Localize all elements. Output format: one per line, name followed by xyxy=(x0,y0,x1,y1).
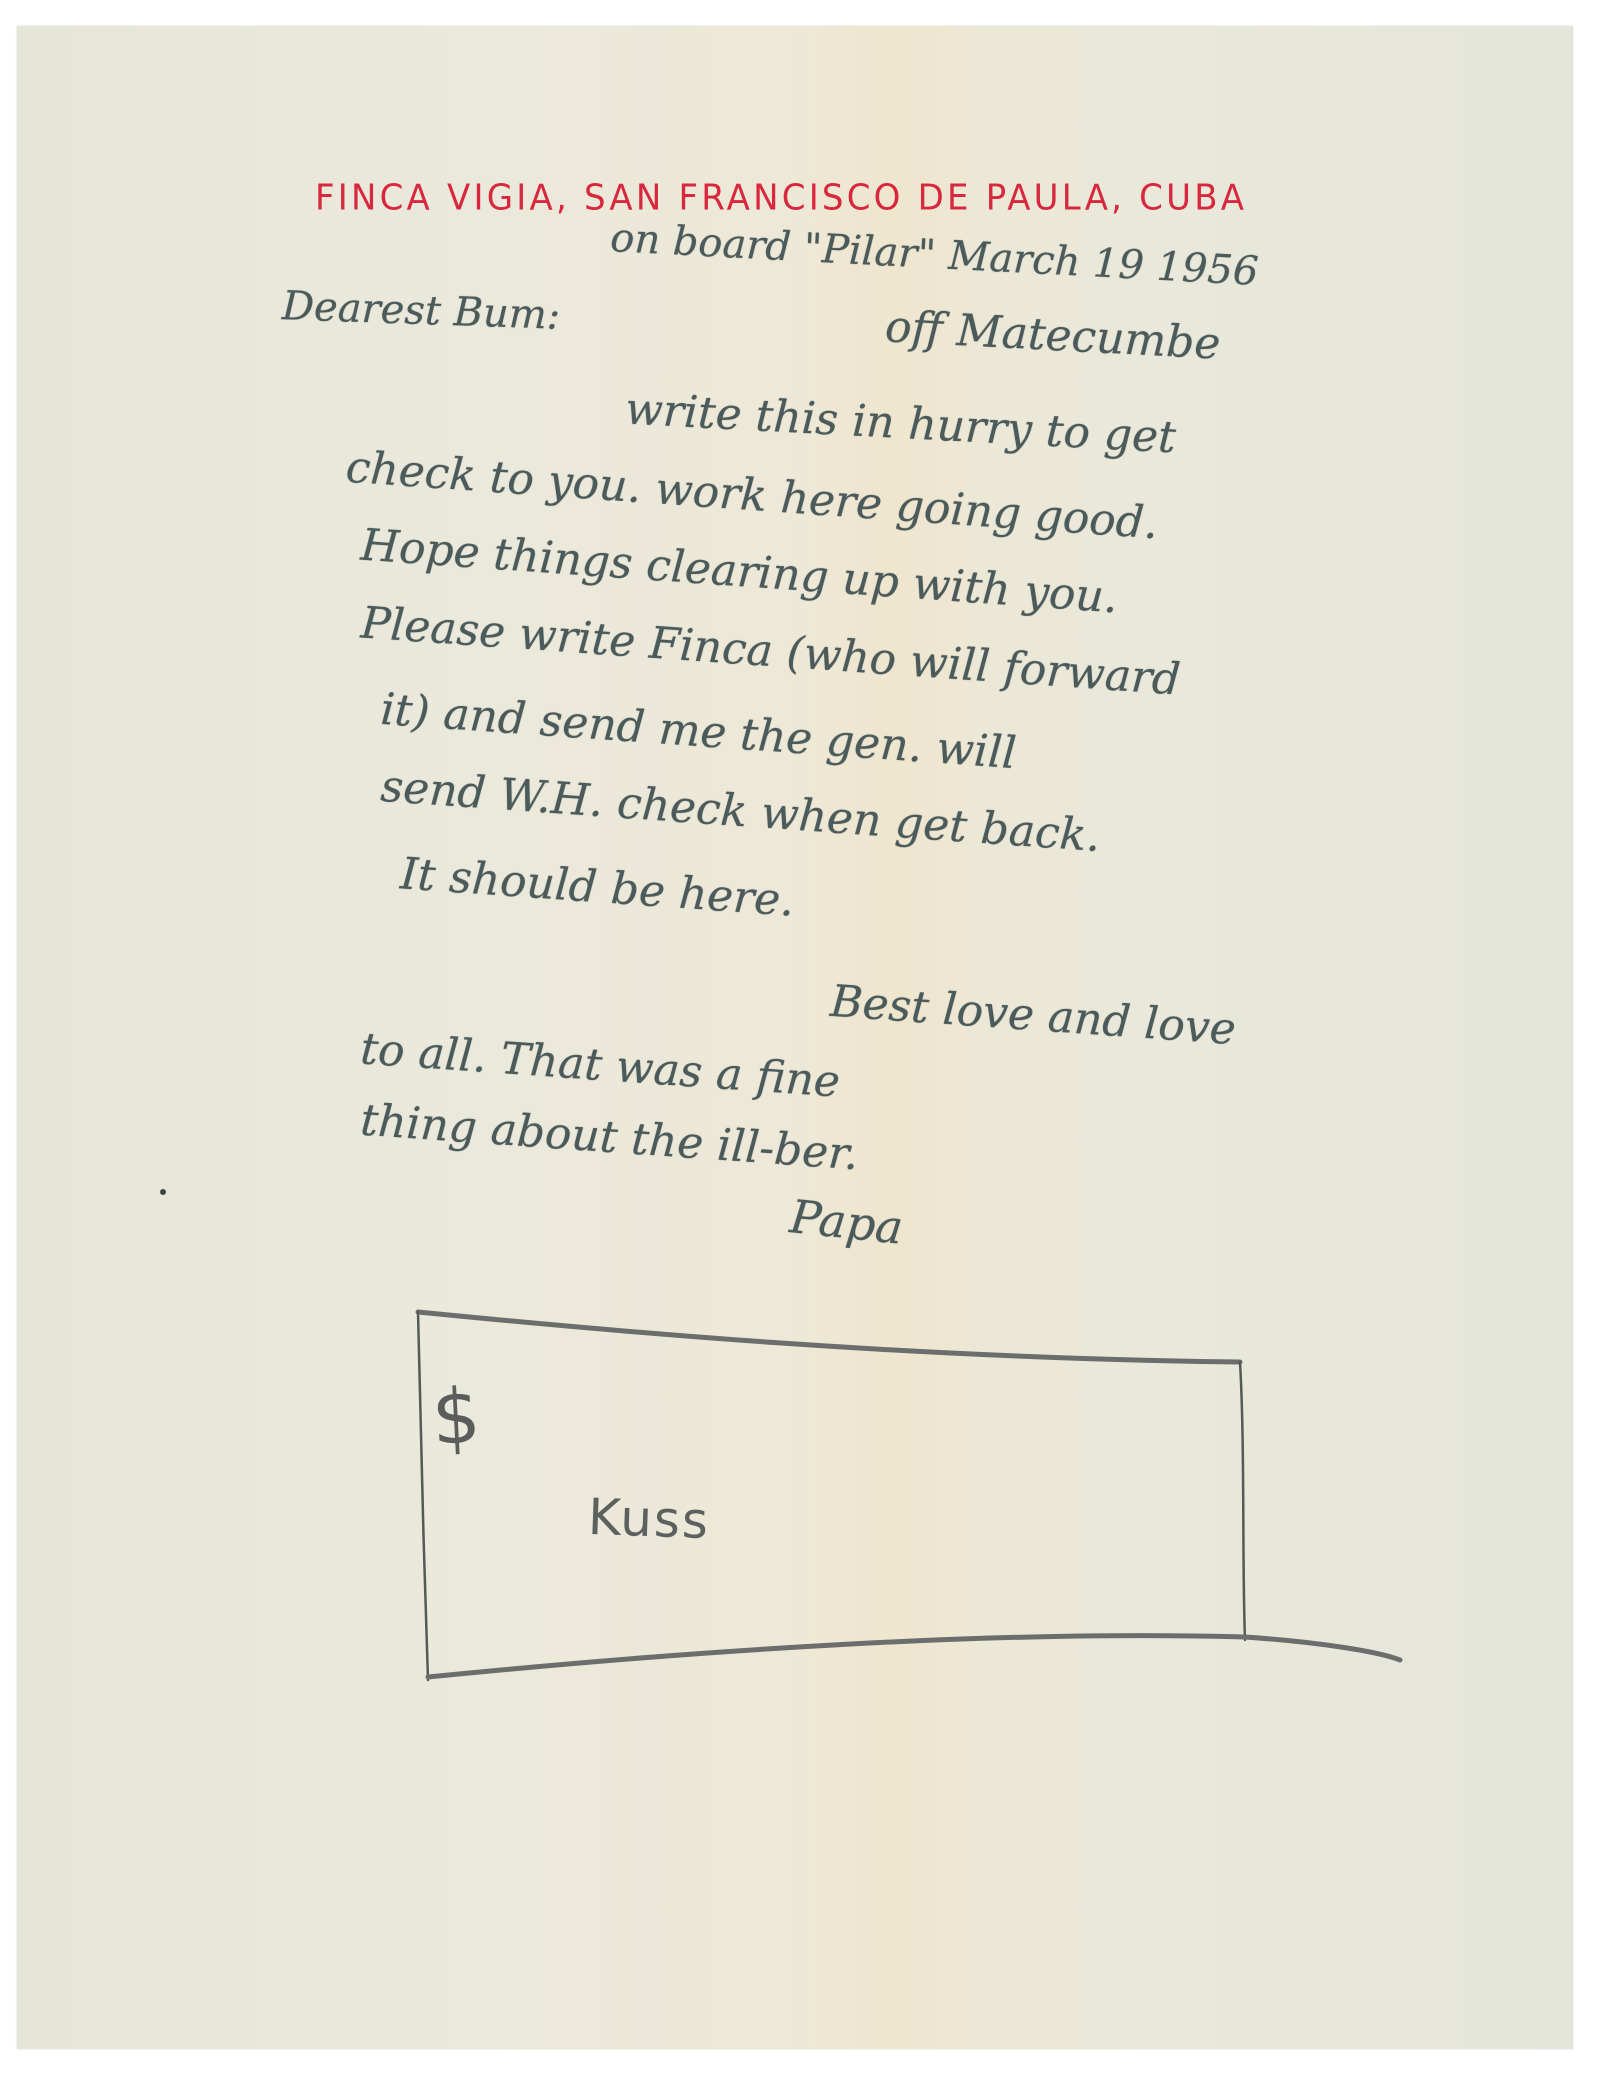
dollar-sign: $ xyxy=(430,1371,483,1462)
letter-paper xyxy=(17,26,1573,2049)
letterhead: FINCA VIGIA, SAN FRANCISCO DE PAULA, CUB… xyxy=(315,177,1267,219)
ink-dot xyxy=(160,1189,166,1195)
check-text: Kuss xyxy=(587,1488,711,1550)
salutation: Dearest Bum: xyxy=(281,283,561,339)
